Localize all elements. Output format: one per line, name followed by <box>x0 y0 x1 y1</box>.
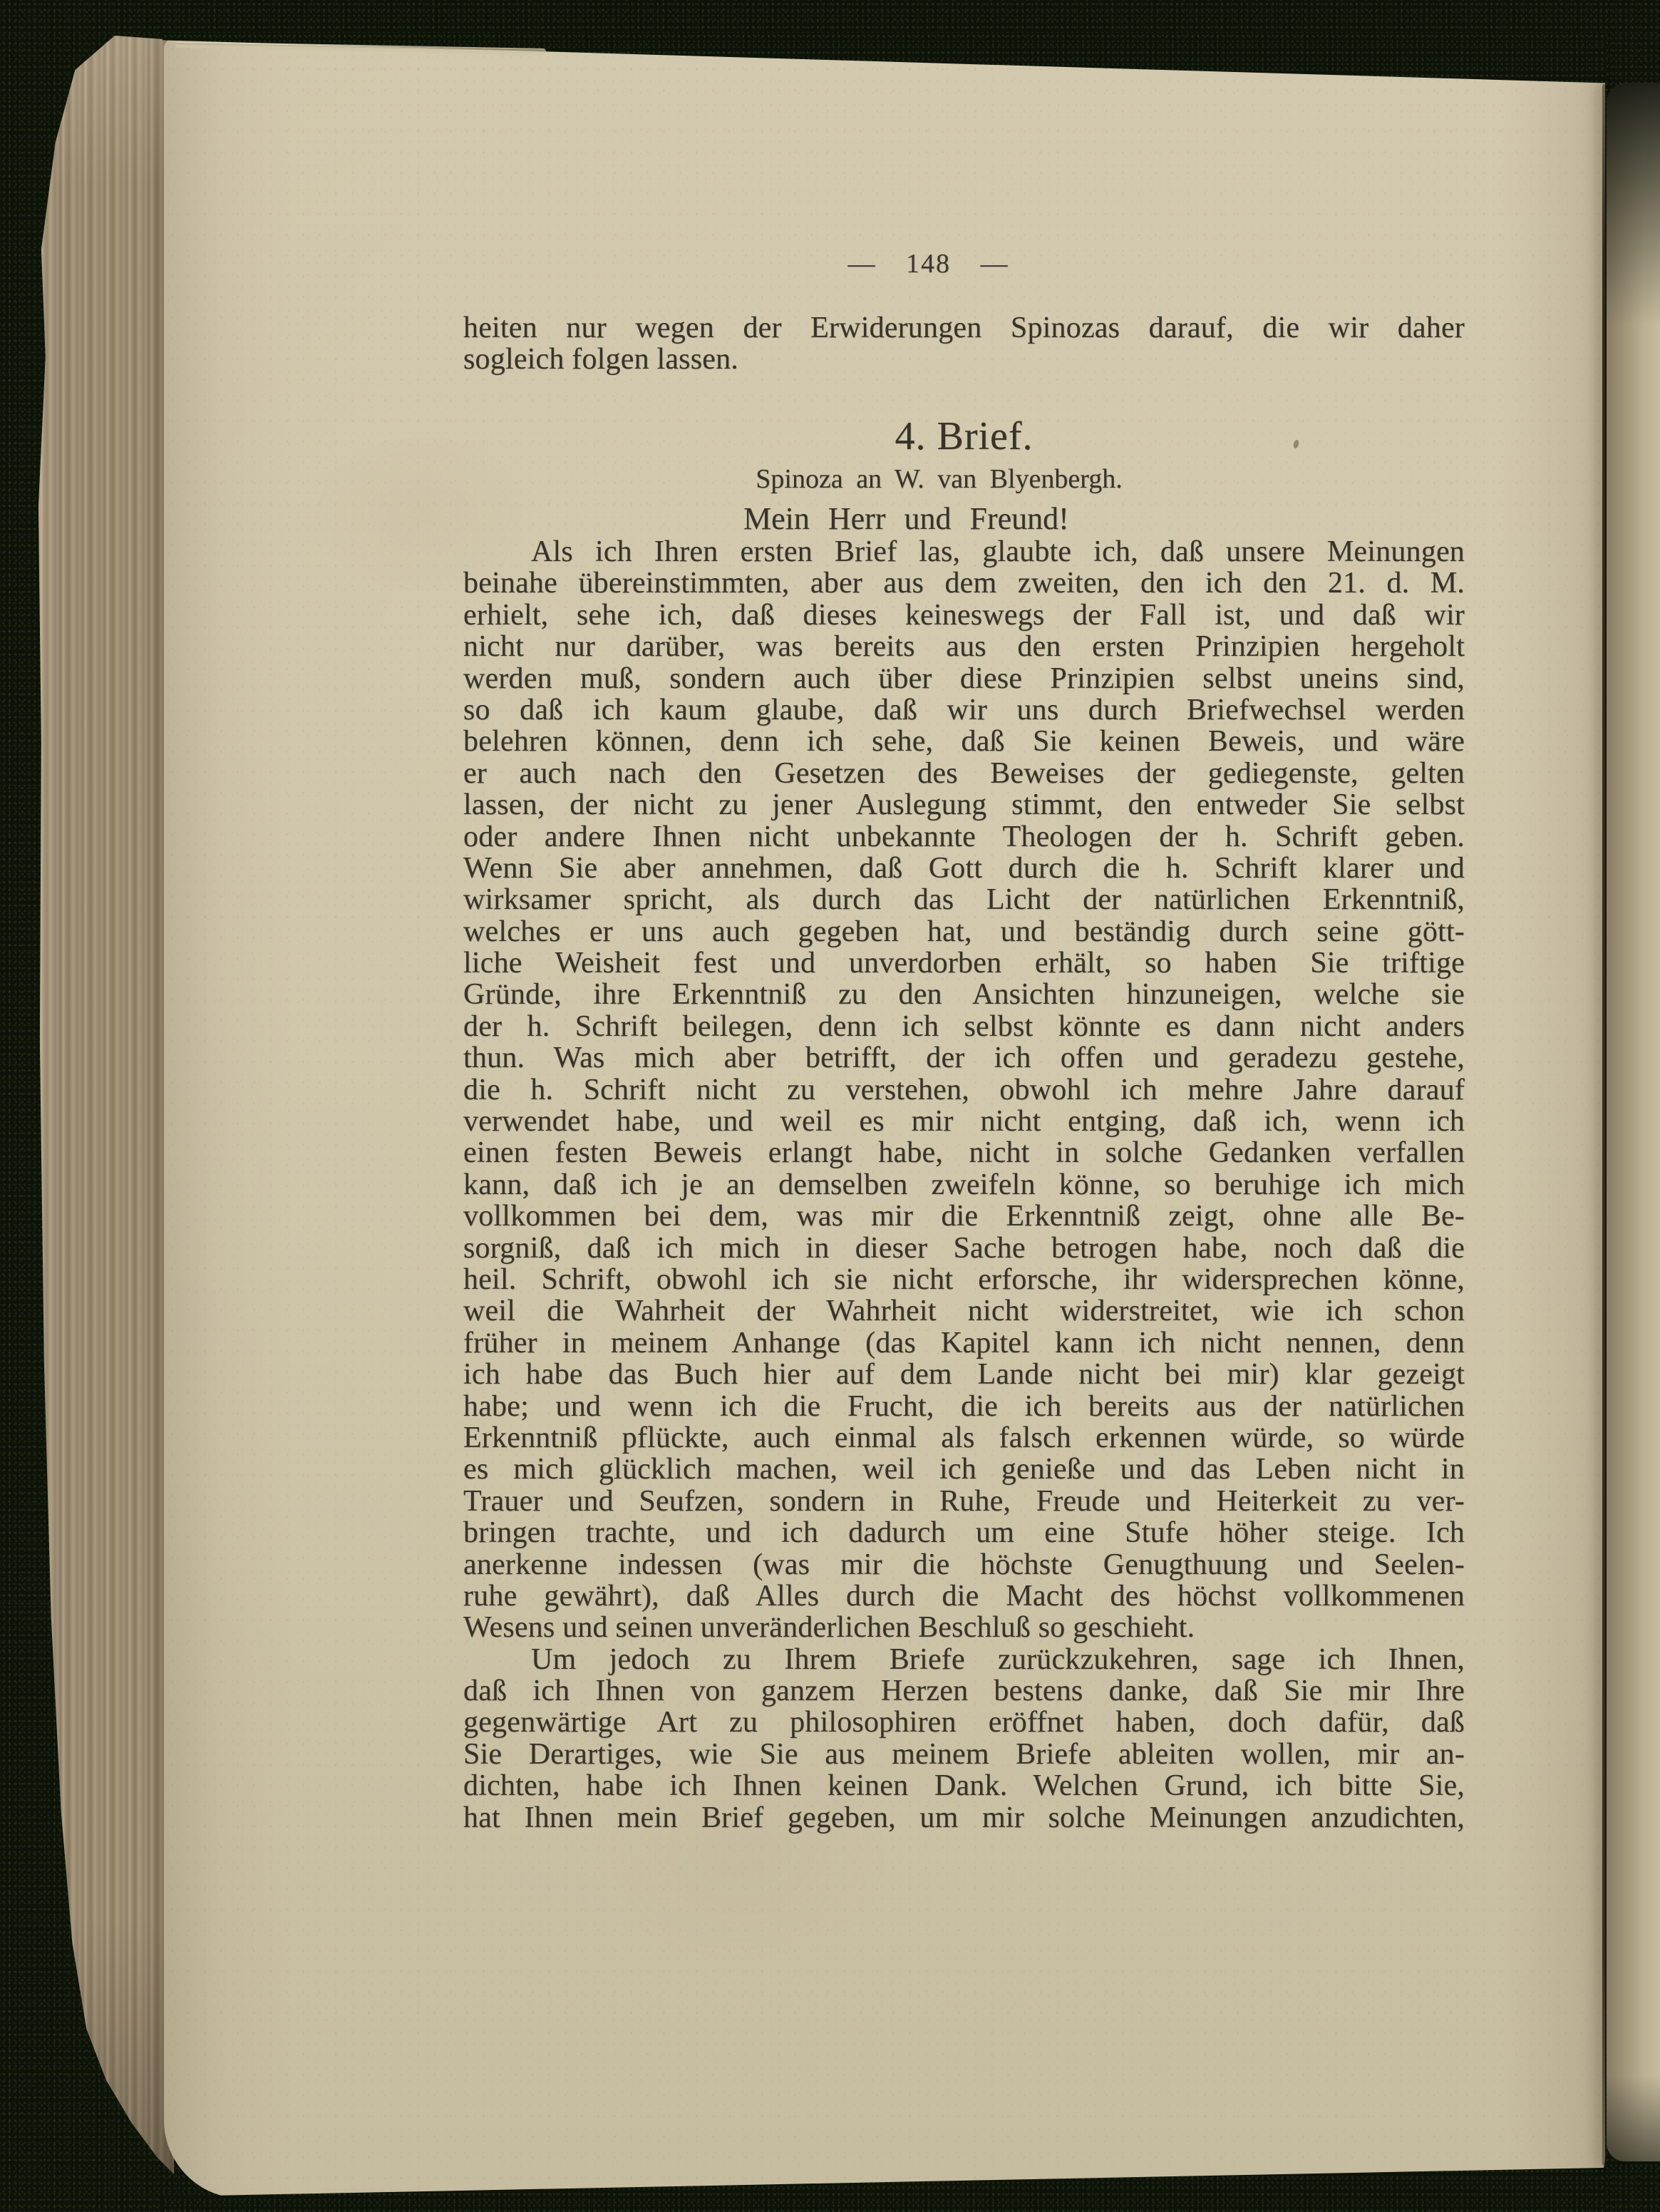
text-line: Erkenntniß pflückte, auch einmal als fal… <box>463 1422 1465 1454</box>
text-line: lassen, der nicht zu jener Auslegung sti… <box>463 789 1465 821</box>
text-line: werden muß, sondern auch über diese Prin… <box>463 663 1465 694</box>
text-line: thun. Was mich aber betrifft, der ich of… <box>463 1042 1465 1074</box>
text-line: Um jedoch zu Ihrem Briefe zurückzukehren… <box>463 1644 1465 1675</box>
text-line: beinahe übereinstimmten, aber aus dem zw… <box>463 567 1465 599</box>
text-line: die h. Schrift nicht zu verstehen, obwoh… <box>463 1074 1465 1106</box>
text-column: — 148 — heiten nur wegen der Erwiderunge… <box>463 0 1465 2212</box>
text-line: kann, daß ich je an demselben zweifeln k… <box>463 1169 1465 1200</box>
text-line: heiten nur wegen der Erwiderungen Spinoz… <box>463 312 1465 344</box>
intro-paragraph: heiten nur wegen der Erwiderungen Spinoz… <box>463 312 1465 376</box>
text-line: Gründe, ihre Erkenntniß zu den Ansichten… <box>463 979 1465 1010</box>
text-line: ruhe gewährt), daß Alles durch die Macht… <box>463 1580 1465 1612</box>
text-line: wirksamer spricht, als durch das Licht d… <box>463 884 1465 915</box>
text-line: gegenwärtige Art zu philosophiren eröffn… <box>463 1707 1465 1738</box>
text-line: habe; und wenn ich die Frucht, die ich b… <box>463 1391 1465 1422</box>
text-line: welches er uns auch gegeben hat, und bes… <box>463 916 1465 947</box>
text-line: dichten, habe ich Ihnen keinen Dank. Wel… <box>463 1770 1465 1801</box>
letter-paragraph-1: Als ich Ihren ersten Brief las, glaubte … <box>463 536 1465 1644</box>
text-line: Wenn Sie aber annehmen, daß Gott durch d… <box>463 853 1465 884</box>
text-line: vollkommen bei dem, was mir die Erkenntn… <box>463 1200 1465 1232</box>
text-line: nicht nur darüber, was bereits aus den e… <box>463 631 1465 662</box>
text-line: anerkenne indessen (was mir die höchste … <box>463 1549 1465 1580</box>
book-scan-page: — 148 — heiten nur wegen der Erwiderunge… <box>0 0 1660 2212</box>
text-line: so daß ich kaum glaube, daß wir uns durc… <box>463 694 1465 726</box>
text-line: liche Weisheit fest und unverdorben erhä… <box>463 947 1465 979</box>
text-line: daß ich Ihnen von ganzem Herzen bestens … <box>463 1675 1465 1707</box>
text-line: belehren können, denn ich sehe, daß Sie … <box>463 726 1465 757</box>
text-line: Sie Derartiges, wie Sie aus meinem Brief… <box>463 1739 1465 1770</box>
letter-salutation: Mein Herr und Freund! <box>743 500 1069 537</box>
text-line: Als ich Ihren ersten Brief las, glaubte … <box>463 536 1465 567</box>
text-line: oder andere Ihnen nicht unbekannte Theol… <box>463 821 1465 853</box>
page-number: — 148 — <box>428 248 1429 279</box>
text-line: hat Ihnen mein Brief gegeben, um mir sol… <box>463 1802 1465 1833</box>
text-line: weil die Wahrheit der Wahrheit nicht wid… <box>463 1295 1465 1327</box>
letter-heading: 4. Brief. <box>463 413 1465 459</box>
text-line: einen festen Beweis erlangt habe, nicht … <box>463 1137 1465 1168</box>
text-line: Trauer und Seufzen, sondern in Ruhe, Fre… <box>463 1486 1465 1517</box>
text-line: erhielt, sehe ich, daß dieses keineswegs… <box>463 600 1465 631</box>
letter-subheading: Spinoza an W. van Blyenbergh. <box>438 463 1440 495</box>
text-line: ich habe das Buch hier auf dem Lande nic… <box>463 1359 1465 1390</box>
text-line: früher in meinem Anhange (das Kapitel ka… <box>463 1327 1465 1359</box>
text-line: Wesens und seinen unveränderlichen Besch… <box>463 1612 1465 1643</box>
text-line: der h. Schrift beilegen, denn ich selbst… <box>463 1011 1465 1042</box>
text-line: es mich glücklich machen, weil ich genie… <box>463 1454 1465 1485</box>
letter-body: Als ich Ihren ersten Brief las, glaubte … <box>463 536 1465 1833</box>
facing-page-bottom-shade <box>1607 2076 1660 2161</box>
facing-page-edge <box>1607 83 1660 2161</box>
text-line: sogleich folgen lassen. <box>463 344 1465 375</box>
text-line: verwendet habe, und weil es mir nicht en… <box>463 1106 1465 1137</box>
text-line: heil. Schrift, obwohl ich sie nicht erfo… <box>463 1264 1465 1295</box>
facing-page-top-shade <box>1607 83 1660 325</box>
letter-paragraph-2: Um jedoch zu Ihrem Briefe zurückzukehren… <box>463 1644 1465 1833</box>
text-line: bringen trachte, und ich dadurch um eine… <box>463 1517 1465 1548</box>
text-line: er auch nach den Gesetzen des Beweises d… <box>463 758 1465 789</box>
text-line: sorgniß, daß ich mich in dieser Sache be… <box>463 1233 1465 1264</box>
